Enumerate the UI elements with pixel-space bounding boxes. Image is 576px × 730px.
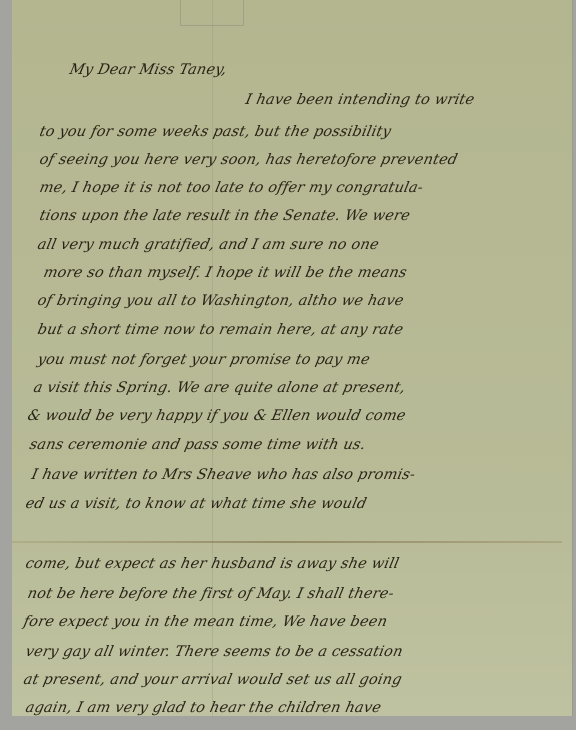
letter-line: more so than myself. I hope it will be t… [42, 265, 408, 281]
horizontal-fold-crease [12, 541, 562, 543]
letter-line: of bringing you all to Washington, altho… [36, 293, 405, 309]
letter-line: & would be very happy if you & Ellen wou… [26, 408, 407, 424]
letter-line: I have been intending to write [244, 92, 476, 108]
letter-salutation: My Dear Miss Taney, [68, 62, 228, 78]
letter-line: come, but expect as her husband is away … [24, 556, 401, 572]
letter-line: I have written to Mrs Sheave who has als… [30, 467, 417, 483]
letter-line: all very much gratified, and I am sure n… [36, 237, 380, 253]
letter-line: tions upon the late result in the Senate… [38, 208, 412, 224]
letter-line: me, I hope it is not too late to offer m… [38, 180, 425, 196]
letter-line: but a short time now to remain here, at … [36, 322, 405, 338]
letter-line: not be here before the first of May. I s… [26, 586, 395, 602]
letter-line: sans ceremonie and pass some time with u… [28, 437, 367, 453]
letter-line: at present, and your arrival would set u… [22, 672, 403, 688]
letter-line: to you for some weeks past, but the poss… [38, 124, 393, 140]
letter-line: again, I am very glad to hear the childr… [24, 700, 383, 716]
letter-line: very gay all winter. There seems to be a… [24, 644, 404, 660]
letter-line: ed us a visit, to know at what time she … [24, 496, 368, 512]
letter-line: fore expect you in the mean time, We hav… [22, 614, 389, 630]
letter-page: My Dear Miss Taney, I have been intendin… [12, 0, 572, 716]
letter-line: you must not forget your promise to pay … [36, 352, 371, 368]
letter-line: of seeing you here very soon, has hereto… [38, 152, 459, 168]
letter-line: a visit this Spring. We are quite alone … [32, 380, 407, 396]
